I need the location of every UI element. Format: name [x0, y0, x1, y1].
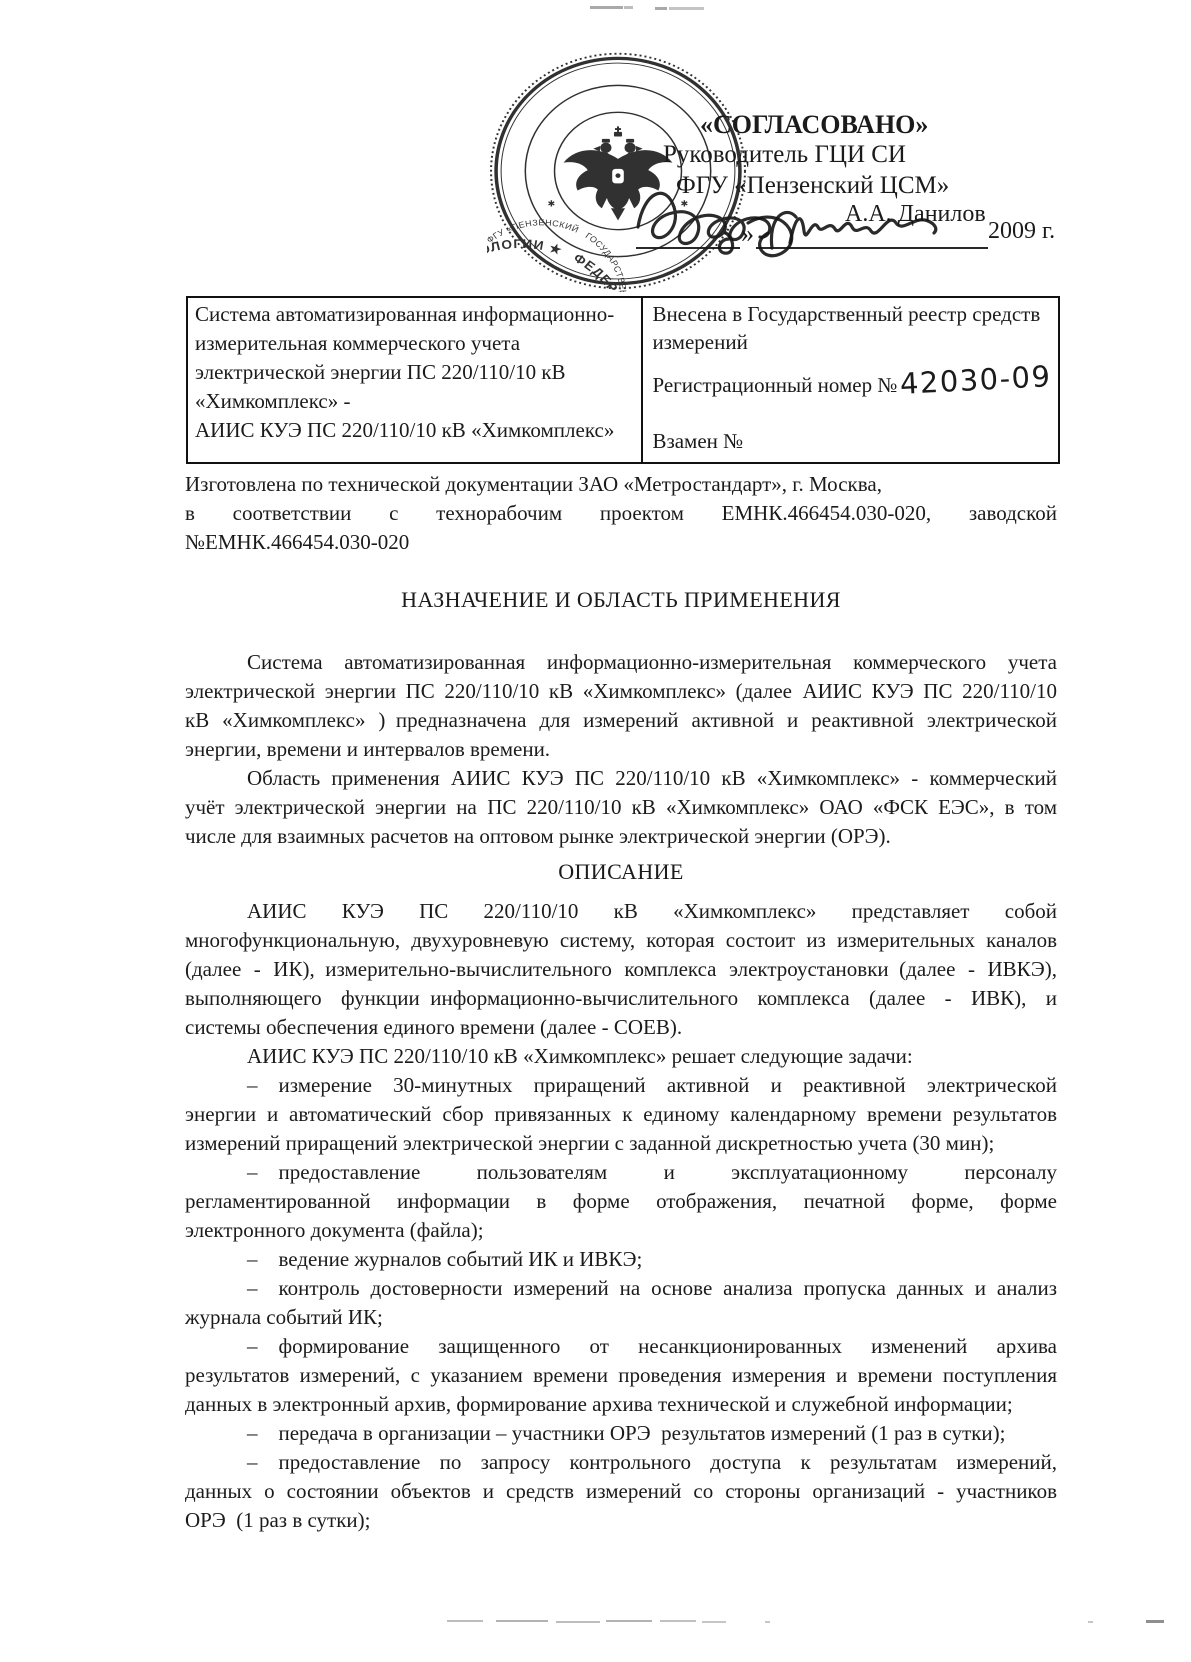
text-line: – формирование защищенного от несанкцион… — [185, 1332, 1057, 1361]
task-list-item: – измерение 30-минутных приращений актив… — [185, 1071, 1057, 1158]
text-line: энергии, времени и интервалов времени. — [185, 735, 1057, 764]
registry-entry-line: Внесена в Государственный реестр средств — [652, 301, 1052, 329]
text-line: АИИС КУЭ ПС 220/110/10 кВ «Химкомплекс» … — [185, 897, 1057, 926]
scan-artifact — [447, 1620, 483, 1622]
text-line: Система автоматизированная информационно… — [185, 648, 1057, 677]
registration-number-label: Регистрационный номер № — [652, 373, 897, 397]
text-line: электрической энергии ПС 220/110/10 кВ «… — [185, 677, 1057, 706]
instead-of-label: Взамен № — [652, 428, 1052, 456]
text-line: АИИС КУЭ ПС 220/110/10 кВ «Химкомплекс» — [195, 417, 633, 446]
double-headed-eagle-emblem — [564, 126, 673, 220]
scan-artifact — [702, 1621, 726, 1623]
scan-artifact — [1146, 1620, 1164, 1623]
task-list-item: – контроль достоверности измерений на ос… — [185, 1274, 1057, 1332]
text-line: – передача в организации – участники ОРЭ… — [185, 1419, 1057, 1448]
text-line: данных в электронный архив, формирование… — [185, 1390, 1057, 1419]
purpose-paragraph: Область применения АИИС КУЭ ПС 220/110/1… — [185, 764, 1057, 851]
text-line: (далее - ИК), измерительно-вычислительно… — [185, 955, 1057, 984]
text-line: учёт электрической энергии на ПС 220/110… — [185, 793, 1057, 822]
title-table: Система автоматизированная информационно… — [186, 296, 1060, 464]
text-line: Система автоматизированная информационно… — [195, 301, 633, 330]
text-line: – измерение 30-минутных приращений актив… — [185, 1071, 1057, 1100]
text-line: регламентированной информации в форме от… — [185, 1187, 1057, 1216]
text-line: «Химкомплекс» - — [195, 388, 633, 417]
handwritten-month — [771, 212, 935, 248]
task-list-item: – предоставление по запросу контрольного… — [185, 1448, 1057, 1535]
description-paragraph: АИИС КУЭ ПС 220/110/10 кВ «Химкомплекс» … — [185, 897, 1057, 1042]
document-body: Изготовлена по технической документации … — [185, 470, 1057, 1535]
scan-artifact — [590, 6, 623, 9]
scan-artifact — [624, 6, 633, 9]
text-line: данных о состоянии объектов и средств из… — [185, 1477, 1057, 1506]
text-line: кВ «Химкомплекс» ) предназначена для изм… — [185, 706, 1057, 735]
system-name-cell: Система автоматизированная информационно… — [188, 298, 643, 462]
scan-artifact — [765, 1621, 770, 1623]
seal-left-star: ✱ — [547, 199, 555, 209]
text-line: – предоставление пользователям и эксплуа… — [185, 1158, 1057, 1187]
registry-entry-line: измерений — [652, 329, 1052, 357]
registry-cell: Внесена в Государственный реестр средств… — [643, 298, 1058, 462]
purpose-paragraph: Система автоматизированная информационно… — [185, 648, 1057, 764]
scan-artifact — [1088, 1621, 1093, 1623]
text-line: АИИС КУЭ ПС 220/110/10 кВ «Химкомплекс» … — [185, 1042, 1057, 1071]
text-line: многофункциональную, двухуровневую систе… — [185, 926, 1057, 955]
text-line: измерений приращений электрической энерг… — [185, 1129, 1057, 1158]
section-heading-description: ОПИСАНИЕ — [185, 857, 1057, 886]
registration-number-handwritten: 42030-09 — [900, 363, 1053, 398]
text-line: Область применения АИИС КУЭ ПС 220/110/1… — [185, 764, 1057, 793]
text-line: – ведение журналов событий ИК и ИВКЭ; — [185, 1245, 1057, 1274]
scan-artifact — [606, 1620, 652, 1622]
scan-artifact — [556, 1621, 600, 1623]
text-line: системы обеспечения единого времени (дал… — [185, 1013, 1057, 1042]
text-line: измерительная коммерческого учета — [195, 330, 633, 359]
text-line: электрической энергии ПС 220/110/10 кВ — [195, 359, 633, 388]
task-list-item: – ведение журналов событий ИК и ИВКЭ; — [185, 1245, 1057, 1274]
scan-artifact — [669, 7, 704, 10]
scan-artifact — [655, 7, 667, 10]
scan-artifact — [496, 1620, 548, 1622]
text-line: энергии и автоматический сбор привязанны… — [185, 1100, 1057, 1129]
manufactured-line: №ЕМНК.466454.030-020 — [185, 528, 1057, 557]
document-page: «СОГЛАСОВАНО» Руководитель ГЦИ СИ ФГУ «П… — [0, 0, 1191, 1662]
description-paragraph: АИИС КУЭ ПС 220/110/10 кВ «Химкомплекс» … — [185, 1042, 1057, 1071]
text-line: выполняющего функции информационно-вычис… — [185, 984, 1057, 1013]
scan-artifact — [660, 1620, 696, 1622]
text-line: – предоставление по запросу контрольного… — [185, 1448, 1057, 1477]
manufactured-line: Изготовлена по технической документации … — [185, 470, 1057, 499]
text-line: числе для взаимных расчетов на оптовом р… — [185, 822, 1057, 851]
text-line: результатов измерений, с указанием време… — [185, 1361, 1057, 1390]
section-heading-purpose: НАЗНАЧЕНИЕ И ОБЛАСТЬ ПРИМЕНЕНИЯ — [185, 585, 1057, 614]
manufactured-line: в соответствии с технорабочим проектом Е… — [185, 499, 1057, 528]
task-list-item: – формирование защищенного от несанкцион… — [185, 1332, 1057, 1419]
text-line: ОРЭ (1 раз в сутки); — [185, 1506, 1057, 1535]
seal-right-star: ✱ — [680, 199, 688, 209]
text-line: журнала событий ИК; — [185, 1303, 1057, 1332]
text-line: – контроль достоверности измерений на ос… — [185, 1274, 1057, 1303]
task-list-item: – предоставление пользователям и эксплуа… — [185, 1158, 1057, 1245]
task-list-item: – передача в организации – участники ОРЭ… — [185, 1419, 1057, 1448]
official-round-seal: ФЕДЕРАЛЬНОЕ АГЕНТСТВО ПО ТЕХНИЧЕСКОМУ РЕ… — [487, 50, 749, 292]
text-line: электронного документа (файла); — [185, 1216, 1057, 1245]
